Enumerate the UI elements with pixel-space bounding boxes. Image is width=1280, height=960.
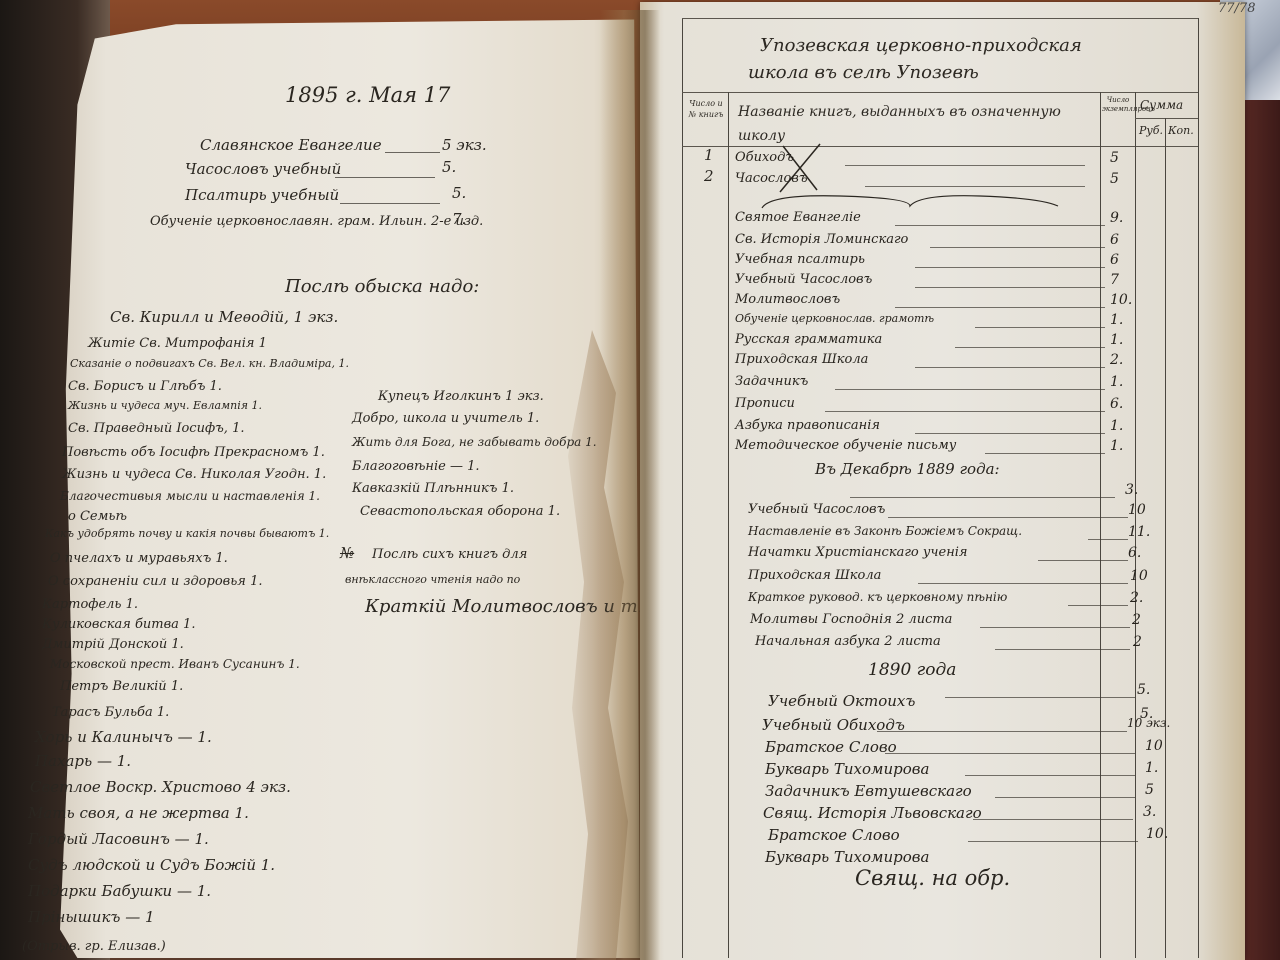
book-qty: 3. (1143, 804, 1156, 820)
book-title: Жить для Бога, не забывать добра (352, 435, 581, 449)
date-heading: 1895 г. Мая 17 (285, 85, 450, 106)
book-title: Учебный Часословъ (748, 502, 885, 517)
table-row: Братское Слово10. (768, 826, 1238, 847)
note-mark: № (340, 546, 354, 561)
table-row: Прописи6. (735, 396, 1205, 417)
book-qty: 5 (1110, 150, 1119, 166)
book-title: Начальная азбука 2 листа (755, 634, 941, 649)
table-row: Молитвословъ10. (735, 292, 1205, 313)
book-cover-edge (1240, 100, 1280, 960)
book-qty: — 1. (97, 752, 131, 770)
book-qty: 1. (261, 856, 275, 874)
section-heading-1889: Въ Декабрѣ 1889 года: (815, 460, 1000, 478)
ledger-title: Упозевская церковно-приходская школа въ … (760, 32, 1200, 86)
book-qty: 1. (312, 445, 324, 460)
section-heading: Послѣ обыска надо: (285, 278, 479, 296)
book-title: Прінышикъ (28, 908, 120, 926)
brace-icon (760, 190, 1060, 210)
col-header-count: Число экземпляровъ (1102, 96, 1134, 114)
book-qty: 6 (1110, 232, 1119, 248)
book-title: О пчелахъ и муравьяхъ (50, 551, 211, 566)
book-qty: 2 (1132, 612, 1141, 628)
book-title: Обученіе церковнослав. грамотѣ (735, 312, 934, 325)
book-qty: 1. (319, 527, 330, 540)
book-qty: 7 (1110, 272, 1119, 288)
book-title: Учебная псалтирь (735, 252, 865, 267)
book-title: Сказаніе о подвигахъ Св. Вел. кн. Владим… (70, 357, 335, 370)
book-qty: 2 (1133, 634, 1142, 650)
book-title: Св. Борисъ и Глѣбъ (68, 379, 205, 394)
title-line: Упозевская церковно-приходская (760, 32, 1200, 59)
received-item-qty: 5 экз. (442, 138, 487, 153)
table-row: Учебный Часословъ10 (748, 502, 1218, 523)
col-header-name: Названіе книгъ, выданныхъ въ означенную … (738, 100, 1096, 148)
book-title: Хорь и Калинычъ (35, 728, 173, 746)
col-header-sum: Сумма (1140, 98, 1183, 112)
book-qty: 1. (215, 551, 227, 566)
table-row: Обиходъ5 (735, 150, 1205, 171)
book-qty: — 1. (178, 728, 212, 746)
table-row: Начальная азбука 2 листа2 (755, 634, 1225, 655)
col-divider-number (728, 92, 729, 958)
book-qty: 1. (171, 679, 183, 694)
book-title: Молитвы Господнія 2 листа (750, 612, 952, 627)
book-qty: 2. (1130, 590, 1143, 606)
col-header-rub: Руб. (1139, 124, 1163, 137)
book-title: Наставленіе въ Законѣ Божіемъ Сокращ. (748, 524, 1022, 538)
table-row: Учебная псалтирь6 (735, 252, 1205, 273)
book-qty: 1. (235, 804, 249, 822)
book-title: Прописи (735, 396, 795, 411)
row-number: 1 (704, 148, 714, 163)
book-title: Приходская Школа (748, 568, 881, 583)
book-qty: 1. (183, 617, 195, 632)
book-title: Петръ Великій (60, 679, 167, 694)
book-qty: 6 (1110, 252, 1119, 268)
book-qty: 1 экз. (294, 308, 339, 326)
book-qty: 11. (1128, 524, 1150, 540)
book-qty: — 1. (175, 830, 209, 848)
received-item-qty: 5. (452, 186, 466, 201)
book-title: Какъ удобрять почву и какія почвы бывают… (45, 527, 315, 540)
book-title: Картофель (42, 597, 122, 612)
table-row: Начатки Христіанскаго ученія6. (748, 545, 1218, 566)
book-qty: — 1. (177, 882, 211, 900)
book-qty: — 1 (125, 908, 154, 926)
book-title: Кавказкій Плѣнникъ (352, 481, 497, 496)
book-qty: 5 (1145, 782, 1154, 798)
table-row: Братское Слово10 (765, 738, 1235, 759)
book-qty: 10. (1110, 292, 1132, 308)
book-qty: 1. (309, 489, 320, 503)
section-heading-1890: 1890 года (868, 660, 956, 680)
book-title: Добро, школа и учитель (352, 411, 523, 426)
book-qty: 1. (126, 597, 138, 612)
book-qty: 1. (1110, 438, 1123, 454)
table-row: Приходская Школа2. (735, 352, 1205, 373)
table-row: Азбука правописанія1. (735, 418, 1205, 439)
table-row: Русская грамматика1. (735, 332, 1205, 353)
note-line: Послѣ сихъ книгъ для (372, 548, 527, 561)
book-title: Задачникъ (735, 374, 808, 389)
received-item-title: Псалтирь учебный (185, 188, 339, 203)
book-title: Гордый Ласовинъ (28, 830, 170, 848)
table-row: Букварь Тихомирова1. (765, 760, 1235, 781)
book-title: Куликовская битва (42, 617, 179, 632)
book-title: Краткое руковод. къ церковному пѣнію (748, 590, 1007, 604)
book-qty: 1. (1110, 332, 1123, 348)
book-title: Братское Слово (765, 738, 897, 756)
book-qty: 1. (210, 379, 222, 394)
book-title: Св. Исторія Ломинскаго (735, 232, 908, 247)
book-qty: 10 (1145, 738, 1163, 754)
book-title: Мать своя, а не жертва (28, 804, 230, 822)
book-title: Благочестивыя мысли и наставленія (60, 489, 305, 503)
note-line: внѣклассного чтенія надо по (345, 574, 520, 585)
book-qty: 5 (1110, 171, 1119, 187)
book-title: Судъ людской и Судъ Божій (28, 856, 256, 874)
signature: Свящ. на обр. (855, 868, 1010, 889)
book-title: Жизнь и чудеса муч. Евлампія (68, 399, 248, 412)
book-title: (Отрыв. гр. Елизав.) (22, 939, 166, 954)
book-qty: 1. (314, 467, 326, 482)
book-title: Дмитрій Донской (42, 637, 167, 652)
book-title: Братское Слово (768, 826, 900, 844)
table-row: Свящ. Исторія Львовскаго3. (763, 804, 1233, 825)
table-row: Учебный Обиходъ10 экз. (762, 716, 1232, 737)
header-top-rule (682, 92, 1198, 93)
book-title: о Семьѣ (68, 509, 127, 524)
book-qty: 1. (1145, 760, 1158, 776)
book-qty: 1. (252, 399, 263, 412)
book-title: Букварь Тихомирова (765, 848, 929, 866)
book-title: Пахарь (35, 752, 92, 770)
book-title: Святое Евангеліе (735, 210, 861, 225)
book-qty: 1. (232, 421, 244, 436)
received-item-qty: 5. (442, 160, 456, 175)
book-qty: 10 (1130, 568, 1148, 584)
book-qty: 1. (585, 435, 596, 449)
book-title: Начатки Христіанскаго ученія (748, 545, 968, 560)
book-title: Свящ. Исторія Львовскаго (763, 804, 982, 822)
book-qty: 1. (171, 637, 183, 652)
book-title: Приходская Школа (735, 352, 868, 367)
book-title: Жизнь и чудеса Св. Николая Угодн. (62, 467, 310, 482)
table-row: Приходская Школа10 (748, 568, 1218, 589)
book-title: Севастопольская оборона (360, 504, 544, 519)
book-qty: 1. (288, 657, 299, 671)
book-title: Азбука правописанія (735, 418, 880, 433)
book-qty: 1. (1110, 374, 1123, 390)
book-title: Подарки Бабушки (28, 882, 172, 900)
book-qty: 1 экз. (505, 389, 544, 404)
book-title: Купецъ Иголкинъ (378, 389, 501, 404)
book-qty: 1. (1110, 418, 1123, 434)
book-qty: 1. (250, 574, 262, 589)
table-row: 3. (740, 482, 1210, 503)
book-qty: 6. (1128, 545, 1141, 561)
book-spine (600, 10, 660, 960)
book-qty: 2. (1110, 352, 1123, 368)
book-title: Светлое Воскр. Христово (30, 778, 241, 796)
book-qty: 10. (1146, 826, 1168, 842)
book-title: О сохраненіи сил и здоровья (48, 574, 246, 589)
book-qty: 1. (157, 705, 169, 720)
book-title: Часословъ (735, 171, 808, 186)
book-title: Методическое обученіе письму (735, 438, 956, 453)
book-title: Молитвословъ (735, 292, 840, 307)
book-title: Учебный Часословъ (735, 272, 872, 287)
received-item-title: Часословъ учебный (185, 162, 341, 177)
table-row: Методическое обученіе письму1. (735, 438, 1205, 459)
row-number: 2 (704, 169, 714, 184)
sum-subheader-rule (1135, 118, 1198, 119)
col-header-kop: Коп. (1168, 124, 1194, 137)
book-qty: 4 экз. (246, 778, 291, 796)
book-qty: 3. (1125, 482, 1138, 498)
book-title: Русская грамматика (735, 332, 882, 347)
table-row: Краткое руковод. къ церковному пѣнію2. (748, 590, 1218, 611)
book-qty: 1. (527, 411, 539, 426)
book-qty: 1 (259, 336, 267, 351)
book-title: Учебный Октоихъ (768, 692, 915, 710)
received-item-title: Обученіе церковнославян. грам. Ильин. 2-… (150, 215, 483, 228)
book-title: Обиходъ (735, 150, 794, 165)
table-left-border (682, 18, 683, 958)
book-title: Повѣсть объ Іосифѣ Прекрасномъ (62, 445, 308, 460)
book-title: Св. Праведный Іосифъ, (68, 421, 228, 436)
received-item-qty: 7. (452, 212, 466, 227)
book-qty: 6. (1110, 396, 1123, 412)
title-line: школа въ селѣ Упозевѣ (748, 59, 1200, 86)
book-title: Букварь Тихомирова (765, 760, 929, 778)
table-row: Задачникъ Евтушевскаго5 (765, 782, 1235, 803)
table-row: Учебный Часословъ7 (735, 272, 1205, 293)
table-row: Задачникъ1. (735, 374, 1205, 395)
book-qty: — 1. (450, 459, 480, 474)
table-row: Учебный Октоихъ5. (768, 692, 1238, 713)
book-title: Тарасъ Бульба (52, 705, 153, 720)
book-qty: 10 (1128, 502, 1146, 518)
book-qty: 1. (338, 357, 349, 370)
table-row: Святое Евангеліе9. (735, 210, 1205, 231)
table-row: Наставленіе въ Законѣ Божіемъ Сокращ.11. (748, 524, 1218, 545)
book-qty: 1. (1110, 312, 1123, 328)
table-row: Часословъ5 (735, 171, 1205, 192)
book-title: Московской прест. Иванъ Сусанинъ (50, 657, 284, 671)
table-row: Обученіе церковнослав. грамотѣ1. (735, 312, 1205, 333)
book-title: Благоговѣніе (352, 459, 446, 474)
book-qty: 1. (548, 504, 560, 519)
book-title: Задачникъ Евтушевскаго (765, 782, 972, 800)
col-header-number: Число и № книгъ (686, 98, 726, 120)
received-item-title: Славянское Евангелие (200, 138, 382, 153)
book-title: Св. Кирилл и Меѳодій, (110, 308, 289, 326)
page-number: 77/78 (1218, 2, 1255, 15)
book-qty: 10 экз. (1127, 716, 1170, 730)
book-qty: 9. (1110, 210, 1123, 226)
table-row: Св. Исторія Ломинскаго6 (735, 232, 1205, 253)
book-title: Житіе Св. Митрофанія (88, 336, 254, 351)
book-qty: 1. (502, 481, 514, 496)
table-row: Молитвы Господнія 2 листа2 (750, 612, 1220, 633)
table-top-border (682, 18, 1198, 19)
